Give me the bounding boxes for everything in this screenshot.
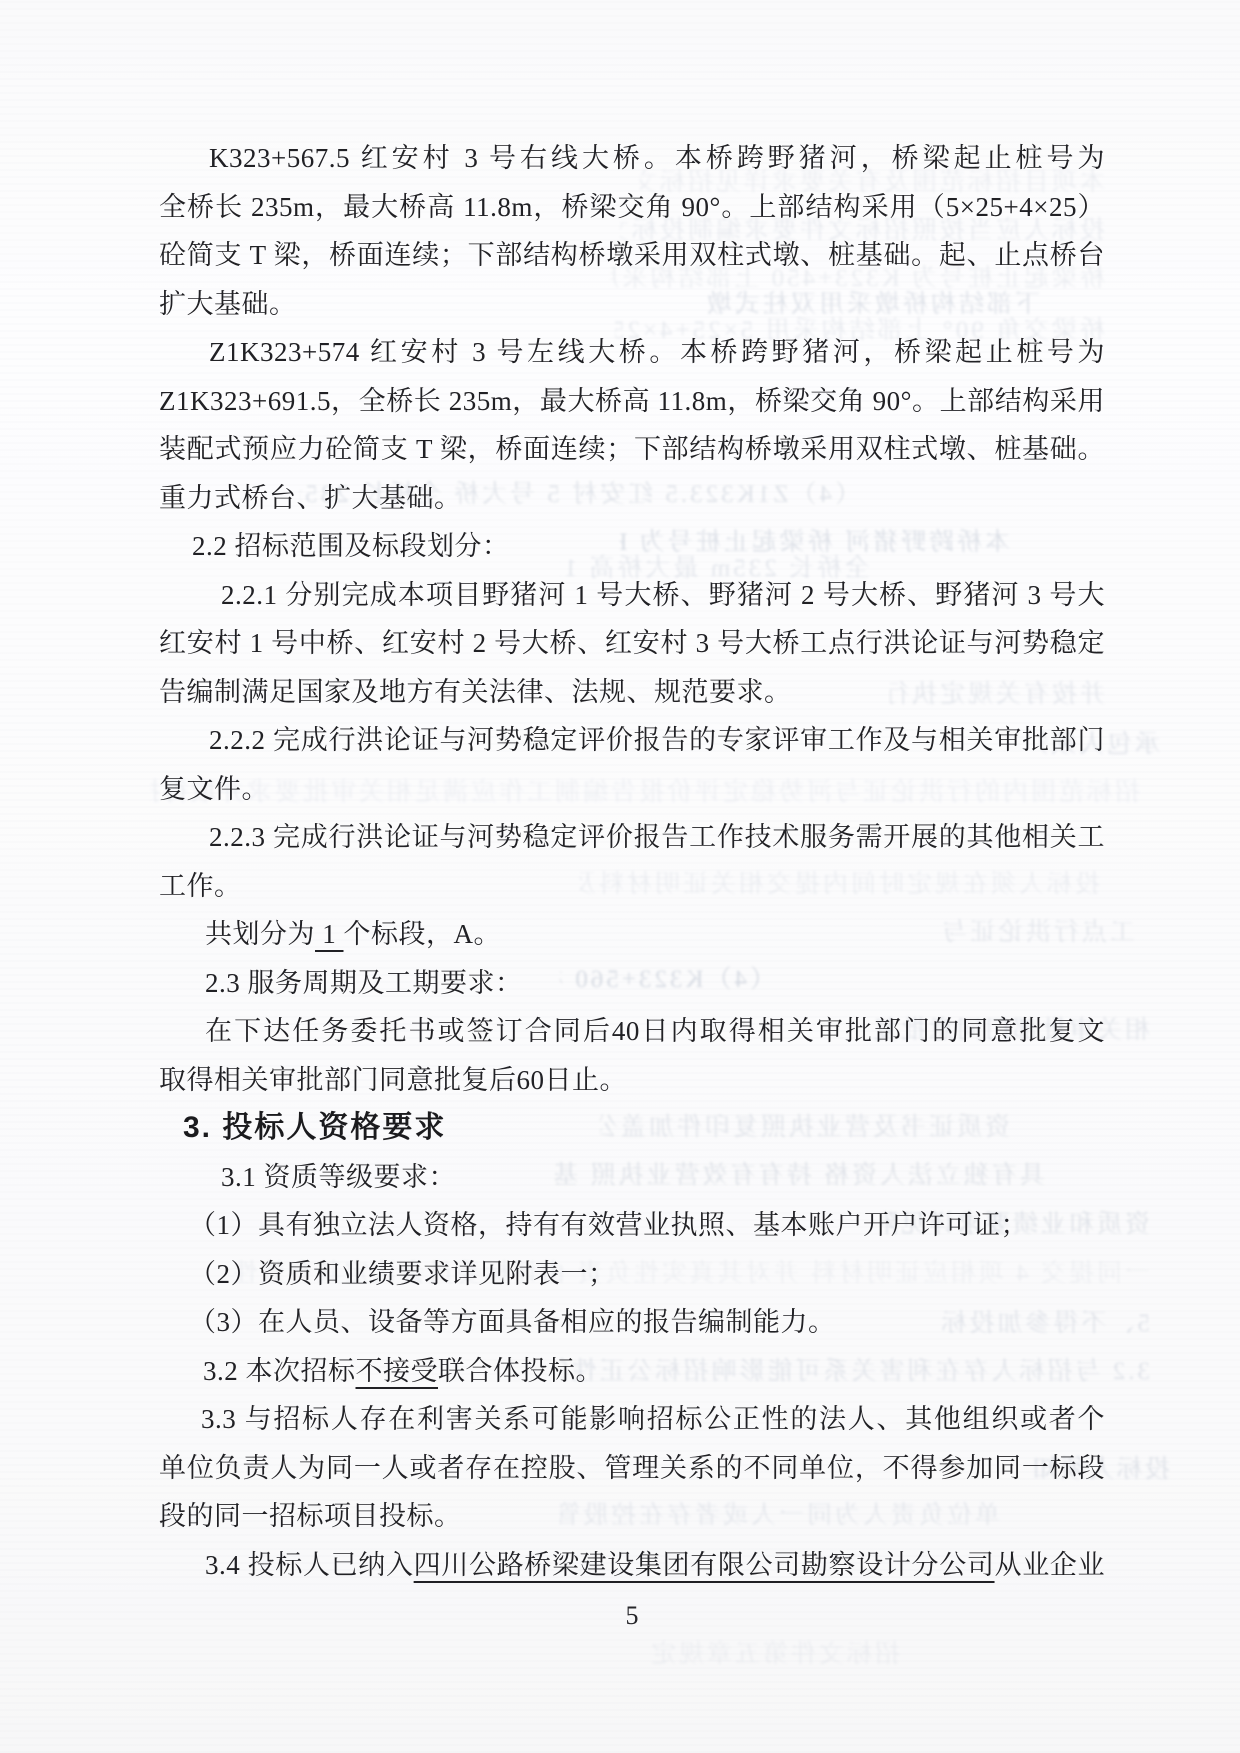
text-run: 扩大基础。 [159,289,297,319]
doc-line: 装配式预应力砼简支 T 梁，桥面连续；下部结构桥墩采用双柱式墩、桩基础。起、止点… [159,425,1105,474]
doc-line: （1）具有独立法人资格，持有有效营业执照、基本账户开户许可证； [159,1201,1105,1250]
doc-line: 红安村 1 号中桥、红安村 2 号大桥、红安村 3 号大桥工点行洪论证与河势稳定… [159,619,1105,668]
text-run: 全桥长 235m，最大桥高 11.8m，桥梁交角 90°。上部结构采用（5×25… [159,192,1105,232]
text-run: 工作。 [159,871,242,901]
text-run: Z1K323+574 红安村 3 号左线大桥。本桥跨野猪河，桥梁起止桩号为 Z1… [209,337,1105,377]
doc-line: 2.2.2 完成行洪论证与河势稳定评价报告的专家评审工作及与相关审批部门协调取得… [159,716,1105,765]
page-number: 5 [159,1601,1105,1631]
text-run: 2.2.2 完成行洪论证与河势稳定评价报告的专家评审工作及与相关审批部门协调取得… [209,725,1105,765]
doc-line: Z1K323+691.5，全桥长 235m，最大桥高 11.8m，桥梁交角 90… [159,377,1105,426]
bleed-through-text: 招标文件第五章规定 [600,1638,900,1672]
text-run: 重力式桥台、扩大基础。 [159,483,462,513]
text-run: 取得相关审批部门同意批复后60日止。 [159,1065,627,1095]
section-heading: 3. 投标人资格要求 [159,1104,1105,1153]
doc-line: 共划分为 1 个标段，A。 [159,910,1105,959]
underlined-text: 不接受 [356,1356,439,1386]
text-run: 告编制满足国家及地方有关法律、法规、规范要求。 [159,677,792,707]
text-run: 3.2 本次招标 [203,1356,356,1386]
doc-line: 单位负责人为同一人或者存在控股、管理关系的不同单位，不得参加同一标段投标或者未划… [159,1444,1105,1493]
doc-line: （2）资质和业绩要求详见附表一； [159,1250,1105,1299]
doc-line: 全桥长 235m，最大桥高 11.8m，桥梁交角 90°。上部结构采用（5×25… [159,183,1105,232]
doc-line: 2.2.3 完成行洪论证与河势稳定评价报告工作技术服务需开展的其他相关工作及后续… [159,813,1105,862]
doc-line: 复文件。 [159,765,1105,814]
text-run: 共划分为 [205,919,315,949]
doc-line: 3.2 本次招标不接受联合体投标。 [159,1347,1105,1396]
text-run: 联合体投标。 [438,1356,603,1386]
doc-line: 3.4 投标人已纳入四川公路桥梁建设集团有限公司勘察设计分公司从业企业名录，并在… [159,1541,1105,1590]
doc-line: 扩大基础。 [159,280,1105,329]
text-run: 红安村 1 号中桥、红安村 2 号大桥、红安村 3 号大桥工点行洪论证与河势稳定… [159,628,1105,668]
doc-line: 重力式桥台、扩大基础。 [159,474,1105,523]
doc-line: 段的同一招标项目投标。 [159,1492,1105,1541]
doc-line: 2.2 招标范围及标段划分： [159,522,1105,571]
underlined-text: 四川公路桥梁建设集团有限公司勘察设计分公司 [414,1550,995,1580]
doc-line: 3.1 资质等级要求： [159,1153,1105,1202]
doc-line: K323+567.5 红安村 3 号右线大桥。本桥跨野猪河，桥梁起止桩号为 K3… [159,134,1105,183]
text-run: 复文件。 [159,774,269,804]
text-run: 3. 投标人资格要求 [183,1111,446,1144]
doc-line: 告编制满足国家及地方有关法律、法规、规范要求。 [159,668,1105,717]
doc-line: 在下达任务委托书或签订合同后40日内取得相关审批部门的同意批复文件，后续服务期限… [159,1007,1105,1056]
text-run: 单位负责人为同一人或者存在控股、管理关系的不同单位，不得参加同一标段投标或者未划… [159,1453,1105,1493]
text-run: 2.2.1 分别完成本项目野猪河 1 号大桥、野猪河 2 号大桥、野猪河 3 号… [221,580,1105,620]
scanned-document-page: { "page": { "number": "5" }, "document":… [0,0,1240,1753]
text-run: 在下达任务委托书或签订合同后40日内取得相关审批部门的同意批复文件，后续服务期限… [205,1016,1105,1056]
underlined-text: 1 [315,919,344,949]
doc-line: 砼简支 T 梁，桥面连续；下部结构桥墩采用双柱式墩、桩基础。起、止点桥台采用重力… [159,231,1105,280]
doc-line: 3.3 与招标人存在利害关系可能影响招标公正性的法人、其他组织或者个人，不得参加… [159,1395,1105,1444]
text-run: Z1K323+691.5，全桥长 235m，最大桥高 11.8m，桥梁交角 90… [159,386,1105,426]
doc-line: 2.2.1 分别完成本项目野猪河 1 号大桥、野猪河 2 号大桥、野猪河 3 号… [159,571,1105,620]
text-run: 砼简支 T 梁，桥面连续；下部结构桥墩采用双柱式墩、桩基础。起、止点桥台采用重力… [159,240,1105,280]
doc-line: （3）在人员、设备等方面具备相应的报告编制能力。 [159,1298,1105,1347]
text-run: 个标段，A。 [344,919,502,949]
text-run: （3）在人员、设备等方面具备相应的报告编制能力。 [189,1307,836,1337]
doc-line: 取得相关审批部门同意批复后60日止。 [159,1056,1105,1105]
text-run: 3.1 资质等级要求： [221,1162,456,1192]
doc-line: 2.3 服务周期及工期要求： [159,959,1105,1008]
text-run: 装配式预应力砼简支 T 梁，桥面连续；下部结构桥墩采用双柱式墩、桩基础。起、止点… [159,434,1105,474]
doc-line: 工作。 [159,862,1105,911]
text-run: 2.3 服务周期及工期要求： [205,968,523,998]
text-run: 3.3 与招标人存在利害关系可能影响招标公正性的法人、其他组织或者个人，不得参加… [201,1404,1105,1444]
text-run: 3.4 投标人已纳入 [205,1550,414,1580]
text-run: K323+567.5 红安村 3 号右线大桥。本桥跨野猪河，桥梁起止桩号为 K3… [209,143,1105,183]
text-run: 段的同一招标项目投标。 [159,1501,462,1531]
text-run: （1）具有独立法人资格，持有有效营业执照、基本账户开户许可证； [189,1210,1028,1240]
text-run: 2.2.3 完成行洪论证与河势稳定评价报告工作技术服务需开展的其他相关工作及后续… [209,822,1105,862]
doc-line: Z1K323+574 红安村 3 号左线大桥。本桥跨野猪河，桥梁起止桩号为 Z1… [159,328,1105,377]
text-column: K323+567.5 红安村 3 号右线大桥。本桥跨野猪河，桥梁起止桩号为 K3… [159,134,1105,1589]
text-run: （2）资质和业绩要求详见附表一； [189,1259,616,1289]
text-run: 2.2 招标范围及标段划分： [192,531,510,561]
